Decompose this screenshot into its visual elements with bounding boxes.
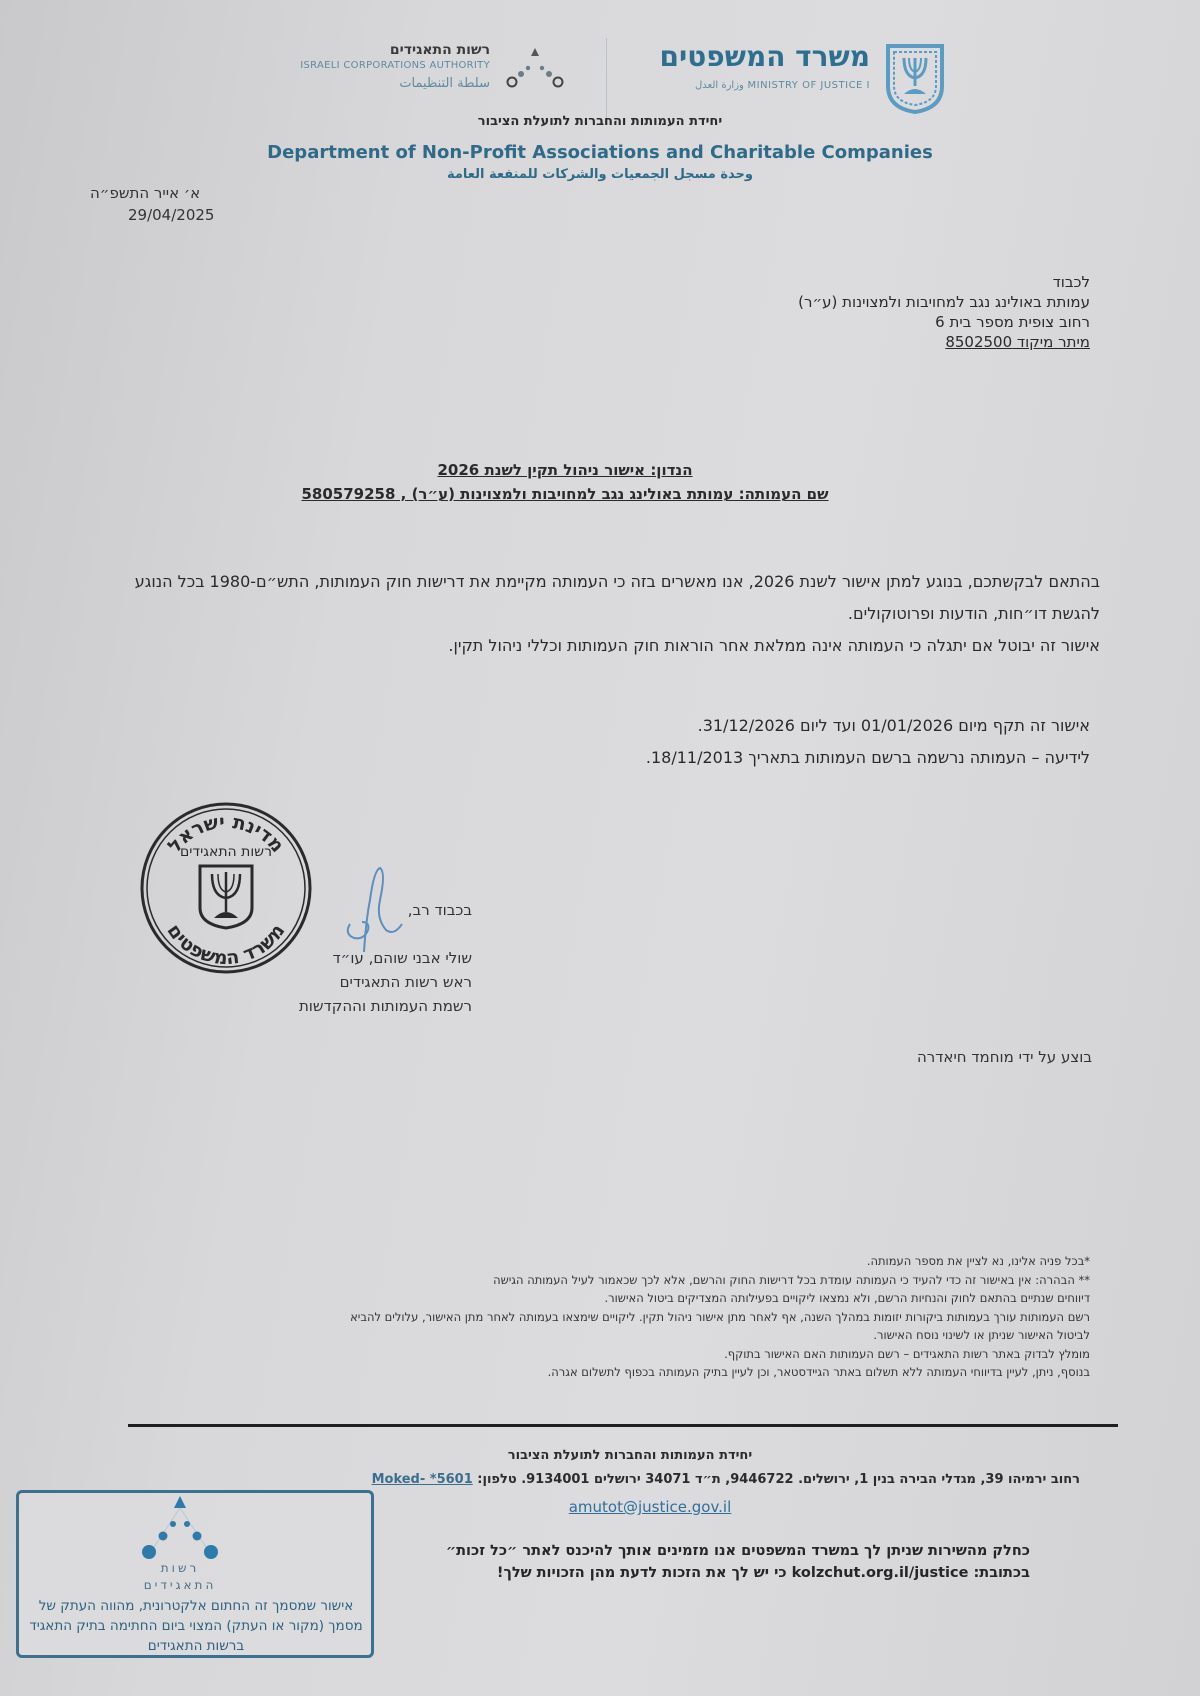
recipient-salutation: לכבוד (640, 272, 1090, 292)
svg-text:רשות התאגידים: רשות התאגידים (180, 844, 272, 860)
department-name-en: Department of Non-Profit Associations an… (250, 142, 950, 163)
footnote: בנוסף, ניתן, לעיין בדיווחי העמותה ללא תש… (100, 1363, 1090, 1382)
authority-name-he: רשות התאגידים (270, 42, 490, 58)
email-link[interactable]: amutot@justice.gov.il (500, 1498, 800, 1516)
department-name-he: יחידת העמותות והחברות לתועלת הציבור (250, 114, 950, 129)
kolzchut-line: כחלק מהשירות שניתן לך במשרד המשפטים אנו … (380, 1540, 1030, 1562)
body-paragraph: בהתאם לבקשתכם, בנוגע למתן אישור לשנת 202… (110, 566, 1100, 630)
ministry-title: משרד המשפטים (640, 40, 870, 73)
footnote: לביטול האישור שניתן או לשינוי נוסח האישו… (100, 1326, 1090, 1345)
corporations-authority-logo-icon (500, 44, 570, 96)
signature-block: בכבוד רב, שולי אבני שוהם, עו״ד ראש רשות … (200, 898, 472, 1018)
recipient-block: לכבוד עמותת באולינג נגב למחויבות ולמצוינ… (640, 272, 1090, 352)
document-page: משרד המשפטים MINISTRY OF JUSTICE I وزارة… (0, 0, 1200, 1696)
validity-block: אישור זה תקף מיום 01/01/2026 ועד ליום 31… (500, 710, 1090, 774)
authority-name-ar: سلطة التنظيمات (270, 76, 490, 91)
ministry-subtitle: MINISTRY OF JUSTICE I وزارة العدل (640, 80, 870, 91)
footer-address: רחוב ירמיהו 39, מגדלי הבירה בנין 1, ירוש… (180, 1472, 1080, 1487)
footer-department: יחידת העמותות והחברות לתועלת הציבור (200, 1448, 1060, 1463)
moked-phone-link[interactable]: Moked- *5601 (372, 1472, 473, 1487)
subject-line: הנדון: אישור ניהול תקין לשנת 2026 (437, 461, 692, 479)
hebrew-date: א׳ אייר התשפ״ה (90, 184, 290, 202)
signer-title: רשמת העמותות וההקדשות (200, 994, 472, 1018)
recipient-name: עמותת באולינג נגב למחויבות ולמצוינות (ע״… (640, 292, 1090, 312)
recipient-street: רחוב צופית מספר בית 6 (640, 312, 1090, 332)
footnote: רשם העמותות עורך בעמותות ביקורות יזומות … (100, 1308, 1090, 1327)
esign-logo-text: רשות התאגידים (120, 1560, 240, 1594)
footnotes: *בכל פניה אלינו, נא לציין את מספר העמותה… (100, 1252, 1090, 1382)
logo-text-line: התאגידים (120, 1577, 240, 1594)
esign-statement: אישור שמסמך זה החתום אלקטרונית, מהווה הע… (22, 1596, 370, 1656)
signer-title: ראש רשות התאגידים (200, 970, 472, 994)
kolzchut-link-line[interactable]: בכתובת: kolzchut.org.il/justice כי יש לך… (380, 1562, 1030, 1584)
kolzchut-notice: כחלק מהשירות שניתן לך במשרד המשפטים אנו … (380, 1540, 1030, 1584)
footnote: *בכל פניה אלינו, נא לציין את מספר העמותה… (100, 1252, 1090, 1271)
validity-period: אישור זה תקף מיום 01/01/2026 ועד ליום 31… (500, 710, 1090, 742)
footer-divider (128, 1424, 1118, 1427)
footnote: מומלץ לבדוק באתר רשות התאגידים – רשם העמ… (100, 1345, 1090, 1364)
state-emblem-icon (884, 42, 946, 114)
authority-name-en: ISRAELI CORPORATIONS AUTHORITY (270, 60, 490, 71)
closing: בכבוד רב, (200, 898, 472, 922)
recipient-city-zip: מיתר מיקוד 8502500 (640, 332, 1090, 352)
logo-text-line: רשות (120, 1560, 240, 1577)
footnote: ** הבהרה: אין באישור זה כדי להעיד כי העמ… (100, 1271, 1090, 1290)
subject-block: הנדון: אישור ניהול תקין לשנת 2026 שם העמ… (200, 458, 930, 506)
registration-date: לידיעה – העמותה נרשמה ברשם העמותות בתארי… (500, 742, 1090, 774)
address-text: רחוב ירמיהו 39, מגדלי הבירה בנין 1, ירוש… (473, 1472, 1080, 1487)
handwritten-signature-icon (340, 860, 420, 960)
body-paragraph: אישור זה יבוטל אם יתגלה כי העמותה אינה מ… (110, 630, 1100, 662)
department-name-ar: وحدة مسجل الجمعيات والشركات للمنفعة العا… (250, 167, 950, 182)
gregorian-date: 29/04/2025 (128, 206, 328, 224)
signer-name: שולי אבני שוהם, עו״ד (200, 946, 472, 970)
header-divider (606, 38, 607, 120)
association-name-line: שם העמותה: עמותת באולינג נגב למחויבות ול… (302, 485, 829, 503)
executed-by: בוצע על ידי מוחמד חיאדרה (700, 1048, 1092, 1066)
body-text: בהתאם לבקשתכם, בנוגע למתן אישור לשנת 202… (110, 566, 1100, 662)
footnote: דיווחים שנתיים בהתאם לחוק והנחיות הרשם, … (100, 1289, 1090, 1308)
